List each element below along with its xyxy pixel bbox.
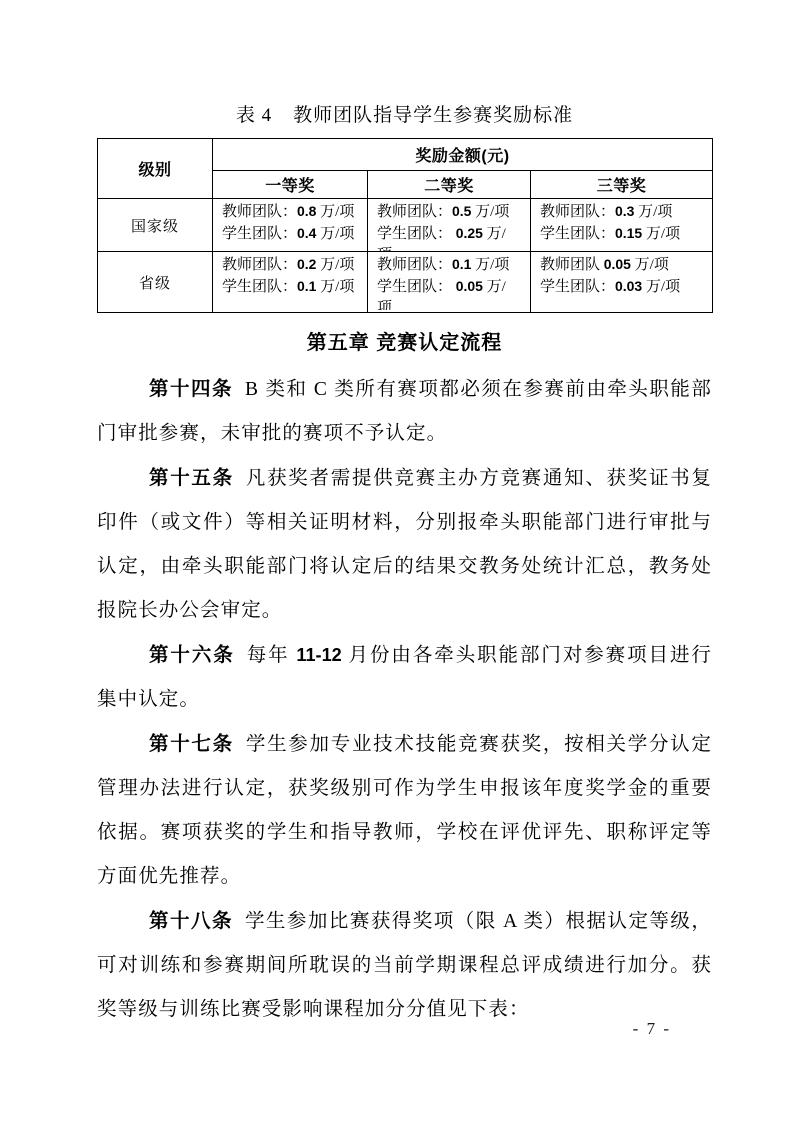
table-cell-line: 教师团队：0.5 万/项 [377, 201, 524, 223]
article-17: 第十七条学生参加专业技术技能竞赛获奖，按相关学分认定管理办法进行认定，获奖级别可… [97, 722, 712, 899]
table-cell-line: 项 [377, 245, 524, 251]
table-cell-line: 学生团队：0.1 万/项 [222, 276, 361, 298]
article-label: 第十六条 [149, 644, 235, 666]
table-cell-line: 学生团队：0.15 万/项 [540, 223, 706, 245]
table-caption-number: 表 4 [236, 105, 272, 126]
prize-cell-provincial-second: 教师团队：0.1 万/项 学生团队： 0.05 万/ 项 [368, 252, 531, 313]
article-label: 第十七条 [149, 733, 234, 755]
prize-cell-provincial-third: 教师团队 0.05 万/项 学生团队：0.03 万/项 [531, 252, 713, 313]
article-text: 学生参加专业技术技能竞赛获奖，按相关学分认定管理办法进行认定，获奖级别可作为学生… [97, 734, 712, 887]
table-cell-line: 教师团队：0.2 万/项 [222, 254, 361, 276]
document-page: 表 4教师团队指导学生参赛奖励标准 级别 奖励金额(元) 一等奖 二等奖 三等奖… [0, 0, 793, 1122]
level-cell: 国家级 [98, 199, 213, 252]
article-18: 第十八条学生参加比赛获得奖项（限 A 类）根据认定等级，可对训练和参赛期间所耽误… [97, 899, 712, 1032]
table-cell-line: 教师团队：0.8 万/项 [222, 201, 361, 223]
table-cell-line: 学生团队： 0.25 万/ [377, 223, 524, 245]
table-cell-line: 教师团队：0.1 万/项 [377, 254, 524, 276]
table-caption-title: 教师团队指导学生参赛奖励标准 [293, 105, 573, 126]
article-label: 第十五条 [149, 467, 234, 489]
award-standard-table: 级别 奖励金额(元) 一等奖 二等奖 三等奖 国家级 教师团队：0.8 万/项 … [97, 138, 713, 313]
level-cell: 省级 [98, 252, 213, 313]
header-first-prize-cell: 一等奖 [213, 171, 368, 199]
article-15: 第十五条凡获奖者需提供竞赛主办方竞赛通知、获奖证书复印件（或文件）等相关证明材料… [97, 456, 712, 633]
article-14: 第十四条B 类和 C 类所有赛项都必须在参赛前由牵头职能部门审批参赛，未审批的赛… [97, 367, 712, 456]
prize-cell-provincial-first: 教师团队：0.2 万/项 学生团队：0.1 万/项 [213, 252, 368, 313]
article-label: 第十八条 [149, 910, 233, 932]
header-amount-cell: 奖励金额(元) [213, 139, 713, 171]
table-row-national: 国家级 教师团队：0.8 万/项 学生团队：0.4 万/项 教师团队：0.5 万… [98, 199, 713, 252]
articles-block: 第十四条B 类和 C 类所有赛项都必须在参赛前由牵头职能部门审批参赛，未审批的赛… [97, 367, 712, 1032]
table-cell-line: 教师团队：0.3 万/项 [540, 201, 706, 223]
page-content: 表 4教师团队指导学生参赛奖励标准 级别 奖励金额(元) 一等奖 二等奖 三等奖… [97, 103, 712, 1032]
article-label: 第十四条 [149, 378, 233, 400]
prize-cell-national-third: 教师团队：0.3 万/项 学生团队：0.15 万/项 [531, 199, 713, 252]
article-16: 第十六条每年 11-12 月份由各牵头职能部门对参赛项目进行集中认定。 [97, 633, 712, 722]
prize-cell-national-first: 教师团队：0.8 万/项 学生团队：0.4 万/项 [213, 199, 368, 252]
table-row-provincial: 省级 教师团队：0.2 万/项 学生团队：0.1 万/项 教师团队：0.1 万/… [98, 252, 713, 313]
page-number: - 7 - [633, 1018, 671, 1040]
table-cell-line: 学生团队：0.4 万/项 [222, 223, 361, 245]
prize-cell-national-second: 教师团队：0.5 万/项 学生团队： 0.25 万/ 项 [368, 199, 531, 252]
table-cell-line: 项 [377, 298, 524, 310]
table-caption: 表 4教师团队指导学生参赛奖励标准 [97, 103, 712, 128]
table-cell-line: 学生团队： 0.05 万/ [377, 276, 524, 298]
header-level-cell: 级别 [98, 139, 213, 199]
table-cell-line: 教师团队 0.05 万/项 [540, 254, 706, 276]
header-third-prize-cell: 三等奖 [531, 171, 713, 199]
article-text: 凡获奖者需提供竞赛主办方竞赛通知、获奖证书复印件（或文件）等相关证明材料，分别报… [97, 468, 712, 621]
header-second-prize-cell: 二等奖 [368, 171, 531, 199]
chapter-heading: 第五章 竞赛认定流程 [97, 330, 712, 356]
table-cell-line: 学生团队：0.03 万/项 [540, 276, 706, 298]
